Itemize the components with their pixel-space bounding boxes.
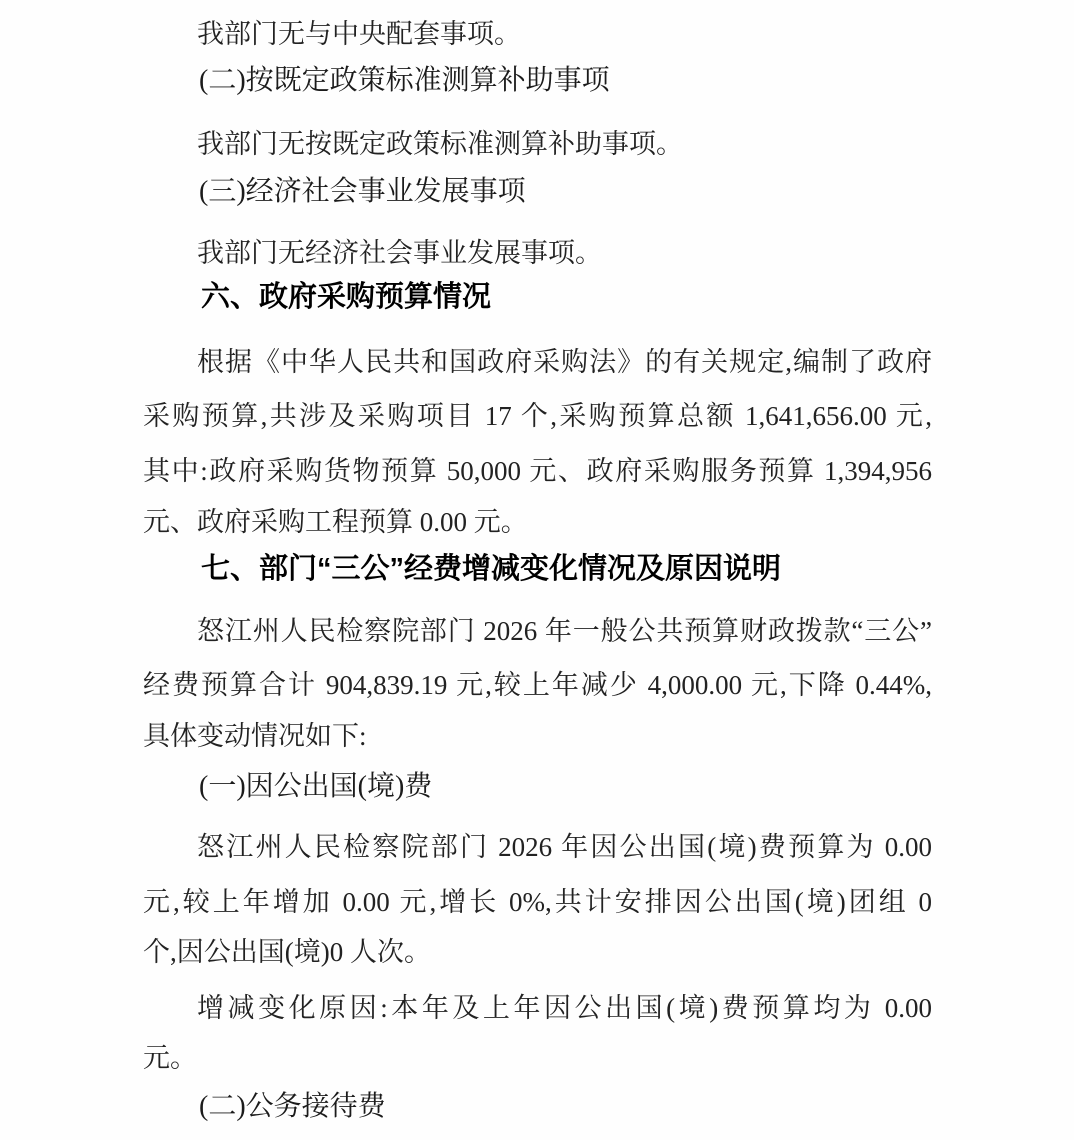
document-line: 根据《中华人民共和国政府采购法》的有关规定,编制了政府 [143,344,932,380]
budget-document-page: 我部门无与中央配套事项。 (二)按既定政策标准测算补助事项 我部门无按既定政策标… [0,0,1074,1140]
document-line: 具体变动情况如下: [143,718,932,754]
document-line: 元、政府采购工程预算 0.00 元。 [143,504,932,540]
section-heading: 六、政府采购预算情况 [143,279,932,315]
subsection-heading: (二)公务接待费 [143,1089,932,1125]
section-heading: 七、部门“三公”经费增减变化情况及原因说明 [143,551,932,587]
document-line: 我部门无经济社会事业发展事项。 [143,235,932,271]
document-line: 元。 [143,1040,932,1076]
document-line: 我部门无按既定政策标准测算补助事项。 [143,126,932,162]
subsection-heading: (三)经济社会事业发展事项 [143,174,932,210]
document-line: 个,因公出国(境)0 人次。 [143,934,932,970]
document-line: 增减变化原因:本年及上年因公出国(境)费预算均为 0.00 [143,990,932,1026]
document-line: 经费预算合计 904,839.19 元,较上年减少 4,000.00 元,下降 … [143,667,932,703]
subsection-heading: (二)按既定政策标准测算补助事项 [143,63,932,99]
document-line: 元,较上年增加 0.00 元,增长 0%,共计安排因公出国(境)团组 0 [143,884,932,920]
document-line: 其中:政府采购货物预算 50,000 元、政府采购服务预算 1,394,956 [143,453,932,489]
document-line: 怒江州人民检察院部门 2026 年一般公共预算财政拨款“三公” [143,613,932,649]
document-line: 我部门无与中央配套事项。 [143,16,932,52]
document-line: 采购预算,共涉及采购项目 17 个,采购预算总额 1,641,656.00 元, [143,398,932,434]
subsection-heading: (一)因公出国(境)费 [143,769,932,805]
document-line: 怒江州人民检察院部门 2026 年因公出国(境)费预算为 0.00 [143,829,932,865]
